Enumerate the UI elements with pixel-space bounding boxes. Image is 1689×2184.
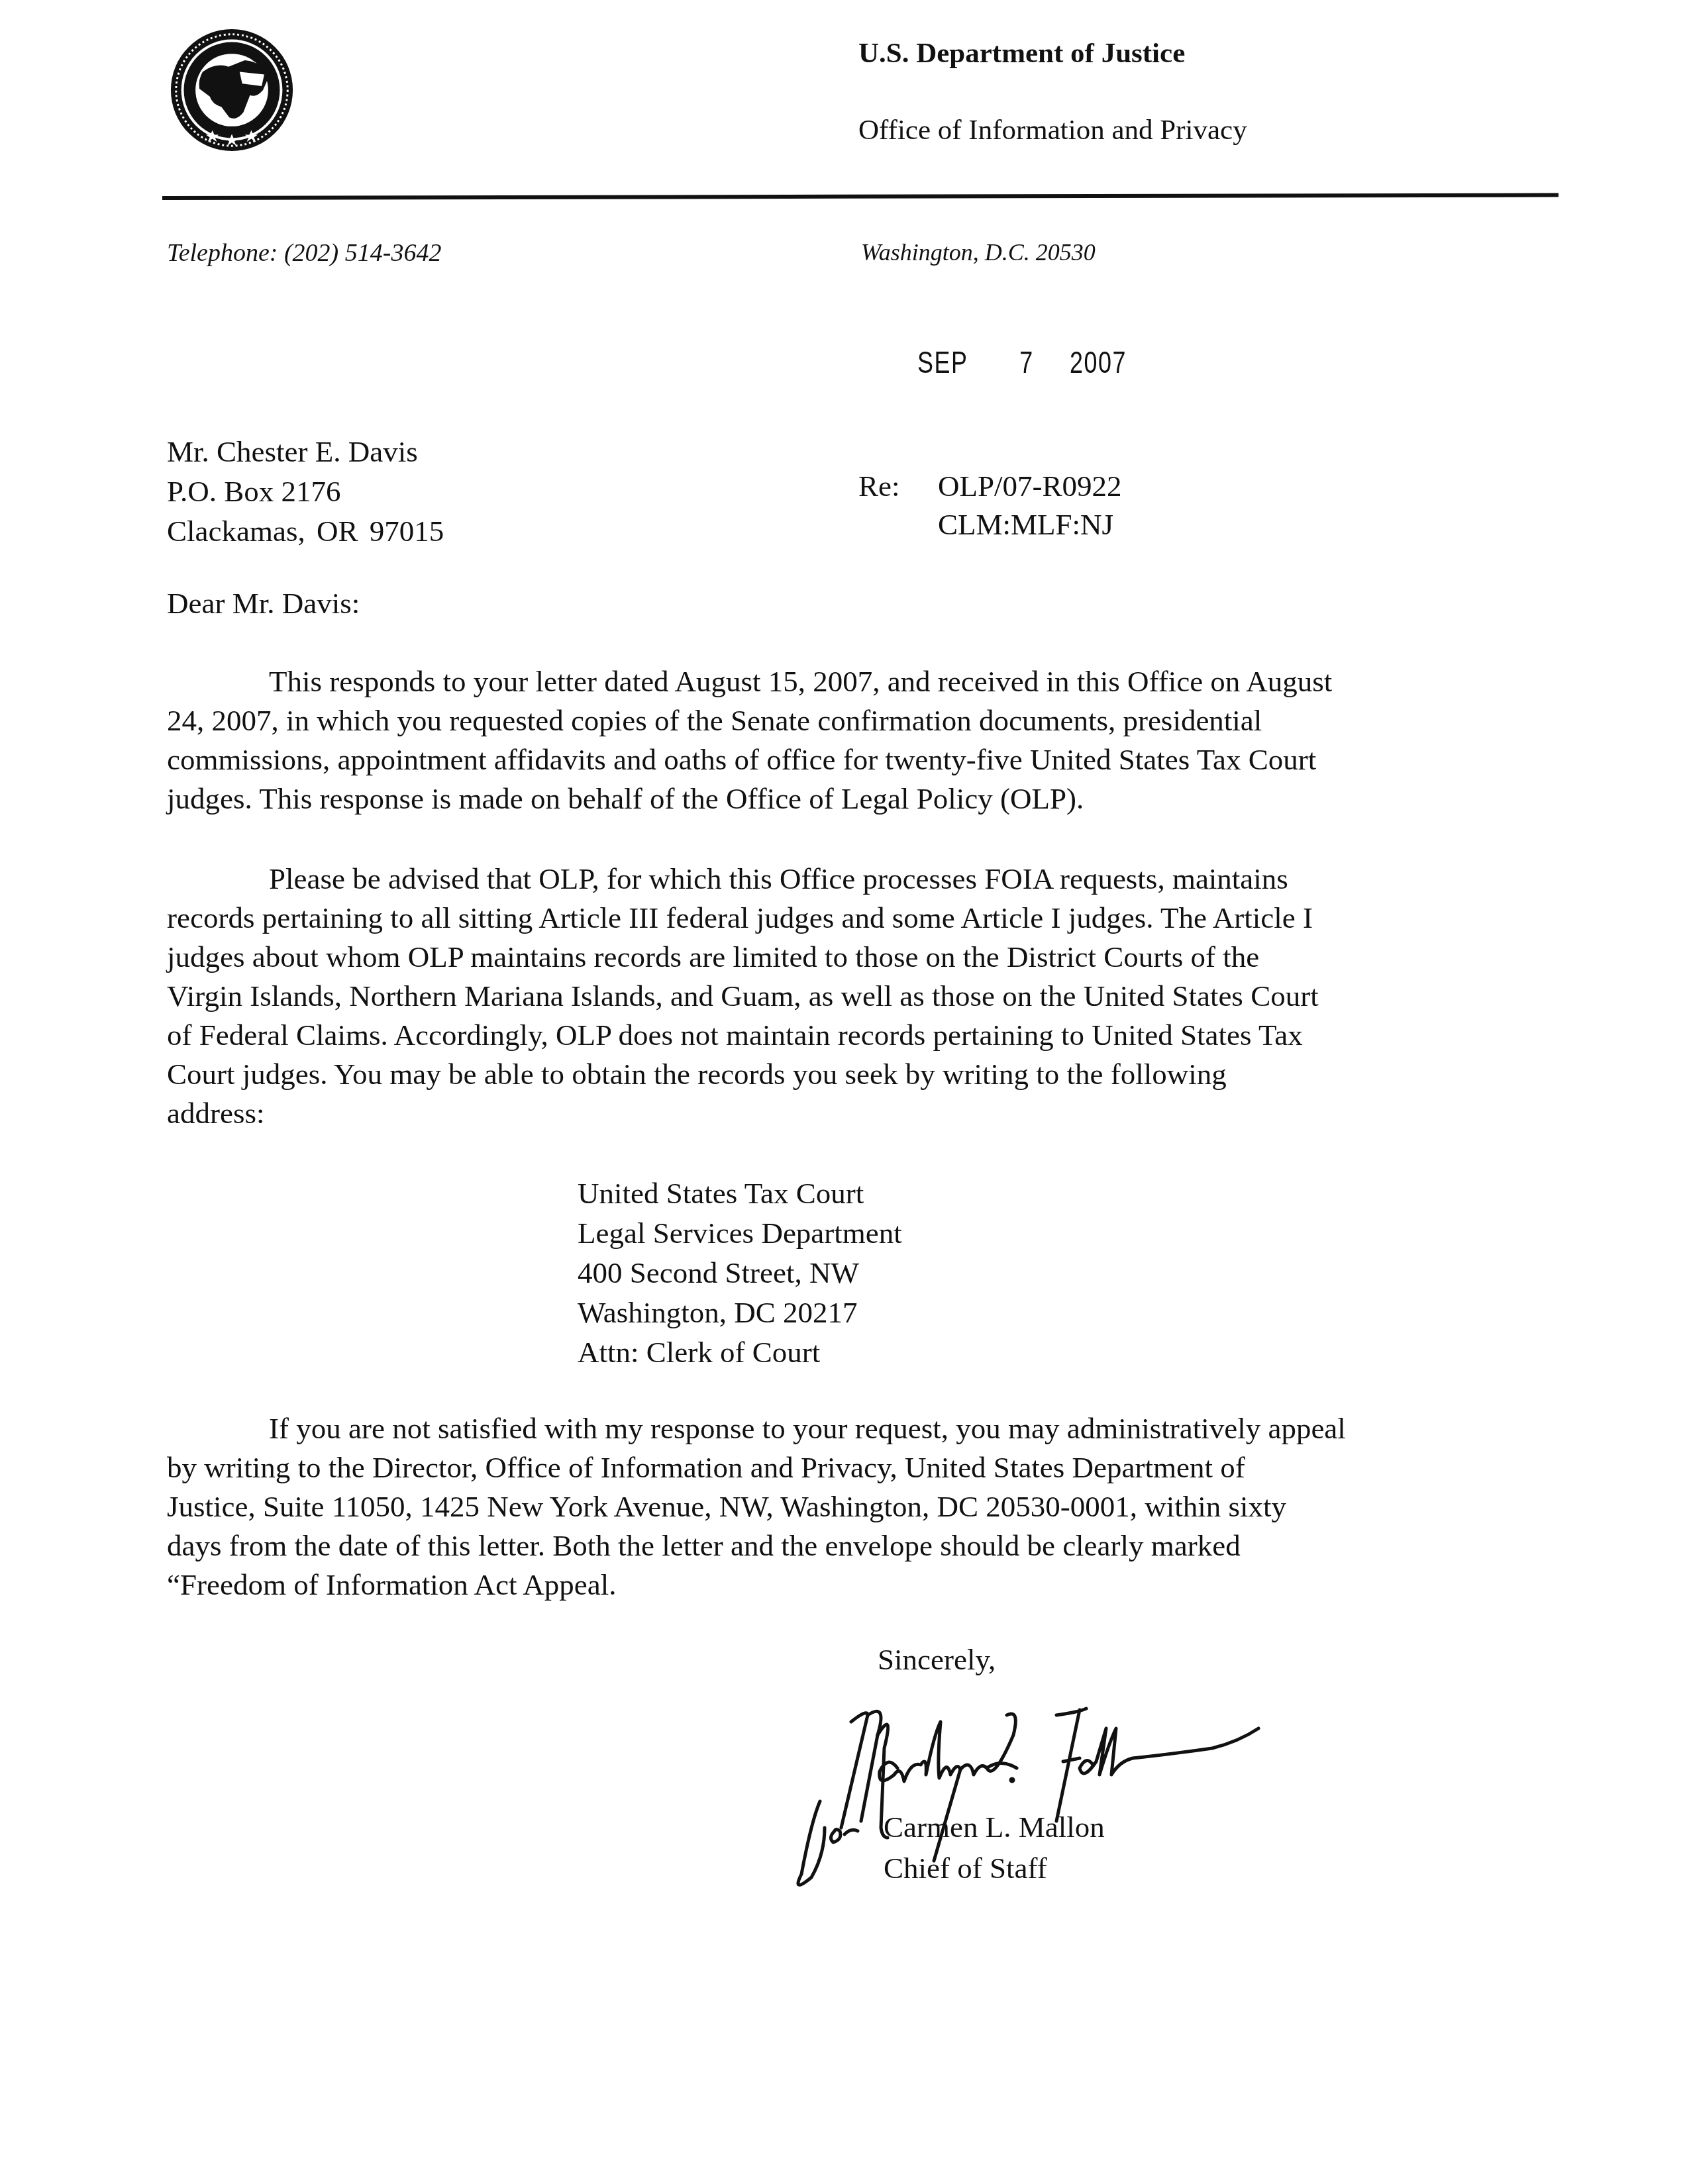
date-stamp-month: SEP — [917, 344, 968, 380]
office-city: Washington, D.C. 20530 — [861, 238, 1096, 266]
reference-number: OLP/07-R0922 — [938, 467, 1122, 505]
date-stamp-day: 7 — [1019, 344, 1034, 380]
reference-initials: CLM:MLF:NJ — [938, 505, 1113, 544]
paragraph-line: Justice, Suite 11050, 1425 New York Aven… — [167, 1487, 1498, 1526]
reference-label: Re: — [858, 467, 938, 505]
body-paragraph: Please be advised that OLP, for which th… — [167, 860, 1498, 1133]
letterhead-divider — [162, 193, 1559, 200]
signer-name: Carmen L. Mallon — [884, 1807, 1105, 1848]
paragraph-line: judges about whom OLP maintains records … — [167, 938, 1498, 977]
date-stamp: SEP 7 2007 — [917, 344, 1127, 380]
paragraph-line: records pertaining to all sitting Articl… — [167, 899, 1498, 938]
paragraph-line: days from the date of this letter. Both … — [167, 1526, 1498, 1565]
office-name: Office of Information and Privacy — [858, 114, 1247, 146]
paragraph-line: This responds to your letter dated Augus… — [167, 662, 1498, 701]
court-address-line: Washington, DC 20217 — [578, 1293, 902, 1332]
department-name: U.S. Department of Justice — [858, 37, 1185, 70]
paragraph-line: of Federal Claims. Accordingly, OLP does… — [167, 1016, 1498, 1055]
paragraph-line: Please be advised that OLP, for which th… — [167, 860, 1498, 899]
body-paragraph: This responds to your letter dated Augus… — [167, 662, 1498, 819]
paragraph-line: Court judges. You may be able to obtain … — [167, 1055, 1498, 1094]
recipient-line: Clackamas, OR 97015 — [167, 511, 444, 551]
date-stamp-year: 2007 — [1070, 344, 1127, 380]
paragraph-line: “Freedom of Information Act Appeal. — [167, 1565, 1498, 1605]
body-paragraph: If you are not satisfied with my respons… — [167, 1409, 1498, 1605]
court-address-line: 400 Second Street, NW — [578, 1253, 902, 1293]
paragraph-line: If you are not satisfied with my respons… — [167, 1409, 1498, 1448]
recipient-line: P.O. Box 2176 — [167, 472, 444, 511]
recipient-line: Mr. Chester E. Davis — [167, 432, 444, 472]
salutation: Dear Mr. Davis: — [167, 586, 360, 620]
paragraph-line: Virgin Islands, Northern Mariana Islands… — [167, 977, 1498, 1016]
closing: Sincerely, — [878, 1642, 996, 1677]
court-address-line: United States Tax Court — [578, 1173, 902, 1213]
tax-court-address: United States Tax Court Legal Services D… — [578, 1173, 902, 1372]
signer-title: Chief of Staff — [884, 1848, 1105, 1889]
paragraph-line: by writing to the Director, Office of In… — [167, 1448, 1498, 1487]
doj-seal-icon — [167, 26, 297, 154]
paragraph-line: 24, 2007, in which you requested copies … — [167, 701, 1498, 740]
reference-block: Re:OLP/07-R0922 CLM:MLF:NJ — [858, 467, 1122, 544]
paragraph-line: judges. This response is made on behalf … — [167, 779, 1498, 819]
court-address-line: Legal Services Department — [578, 1213, 902, 1253]
court-address-line: Attn: Clerk of Court — [578, 1332, 902, 1372]
recipient-address: Mr. Chester E. Davis P.O. Box 2176 Clack… — [167, 432, 444, 551]
telephone: Telephone: (202) 514-3642 — [167, 238, 441, 268]
paragraph-line: commissions, appointment affidavits and … — [167, 740, 1498, 779]
paragraph-line: address: — [167, 1094, 1498, 1133]
signer-block: Carmen L. Mallon Chief of Staff — [884, 1807, 1105, 1889]
